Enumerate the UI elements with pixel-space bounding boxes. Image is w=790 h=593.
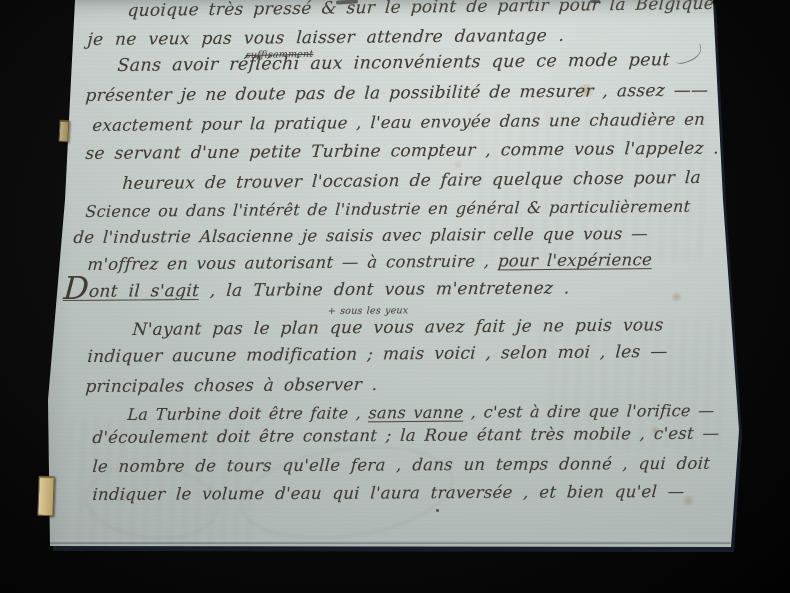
manuscript-text: quoique très pressé & sur le point de pa… [0,0,790,593]
binding-tab [37,476,54,517]
manuscript-line: quoique très pressé & sur le point de pa… [127,0,715,21]
manuscript-line: Sans avoir réfléchi aux inconvénients qu… [117,50,704,76]
ink-fragment [62,0,70,9]
flourished-capital: D [62,271,90,307]
photo-stage: quoique très pressé & sur le point de pa… [0,0,790,593]
manuscript-line: le nombre de tours qu'elle fera , dans u… [92,455,711,476]
manuscript-line: se servant d'une petite Turbine compteur… [85,139,720,163]
manuscript-line: d'écoulement doit être constant ; la Rou… [92,425,720,448]
manuscript-line: Science ou dans l'intérêt de l'industrie… [85,198,691,221]
manuscript-line: Dont il s'agit , la Turbine dont vous m'… [63,279,570,301]
manuscript-line: heureux de trouver l'occasion de faire q… [122,169,702,194]
manuscript-line: exactement pour la pratique , l'eau envo… [92,111,706,136]
underlined-phrase: Dont il s'agit [63,281,200,302]
paper-bottom-edge [50,540,731,544]
manuscript-line: N'ayant pas le plan que vous avez fait j… [132,316,664,339]
underlined-phrase: sans vanne [368,403,464,423]
manuscript-line: je ne veux pas vous laisser attendre dav… [87,27,565,50]
binding-tab [58,120,69,142]
manuscript-line: indiquer le volume d'eau qui l'aura trav… [92,483,685,504]
manuscript-line: principales choses à observer . [85,376,378,397]
manuscript-line: présenter je ne doute pas de la possibil… [85,82,709,106]
manuscript-line: de l'industrie Alsacienne je saisis avec… [73,225,649,247]
interlinear-insertion: + sous les yeux [327,306,408,317]
manuscript-line: indiquer aucune modification ; mais voic… [87,343,668,367]
manuscript-page: quoique très pressé & sur le point de pa… [0,0,790,593]
pen-flourish [674,44,703,65]
underlined-phrase: pour l'expérience [497,250,678,271]
manuscript-line: m'offrez en vous autorisant — à construi… [87,251,679,274]
manuscript-line: La Turbine doit être faite , sans vanne … [127,402,715,424]
